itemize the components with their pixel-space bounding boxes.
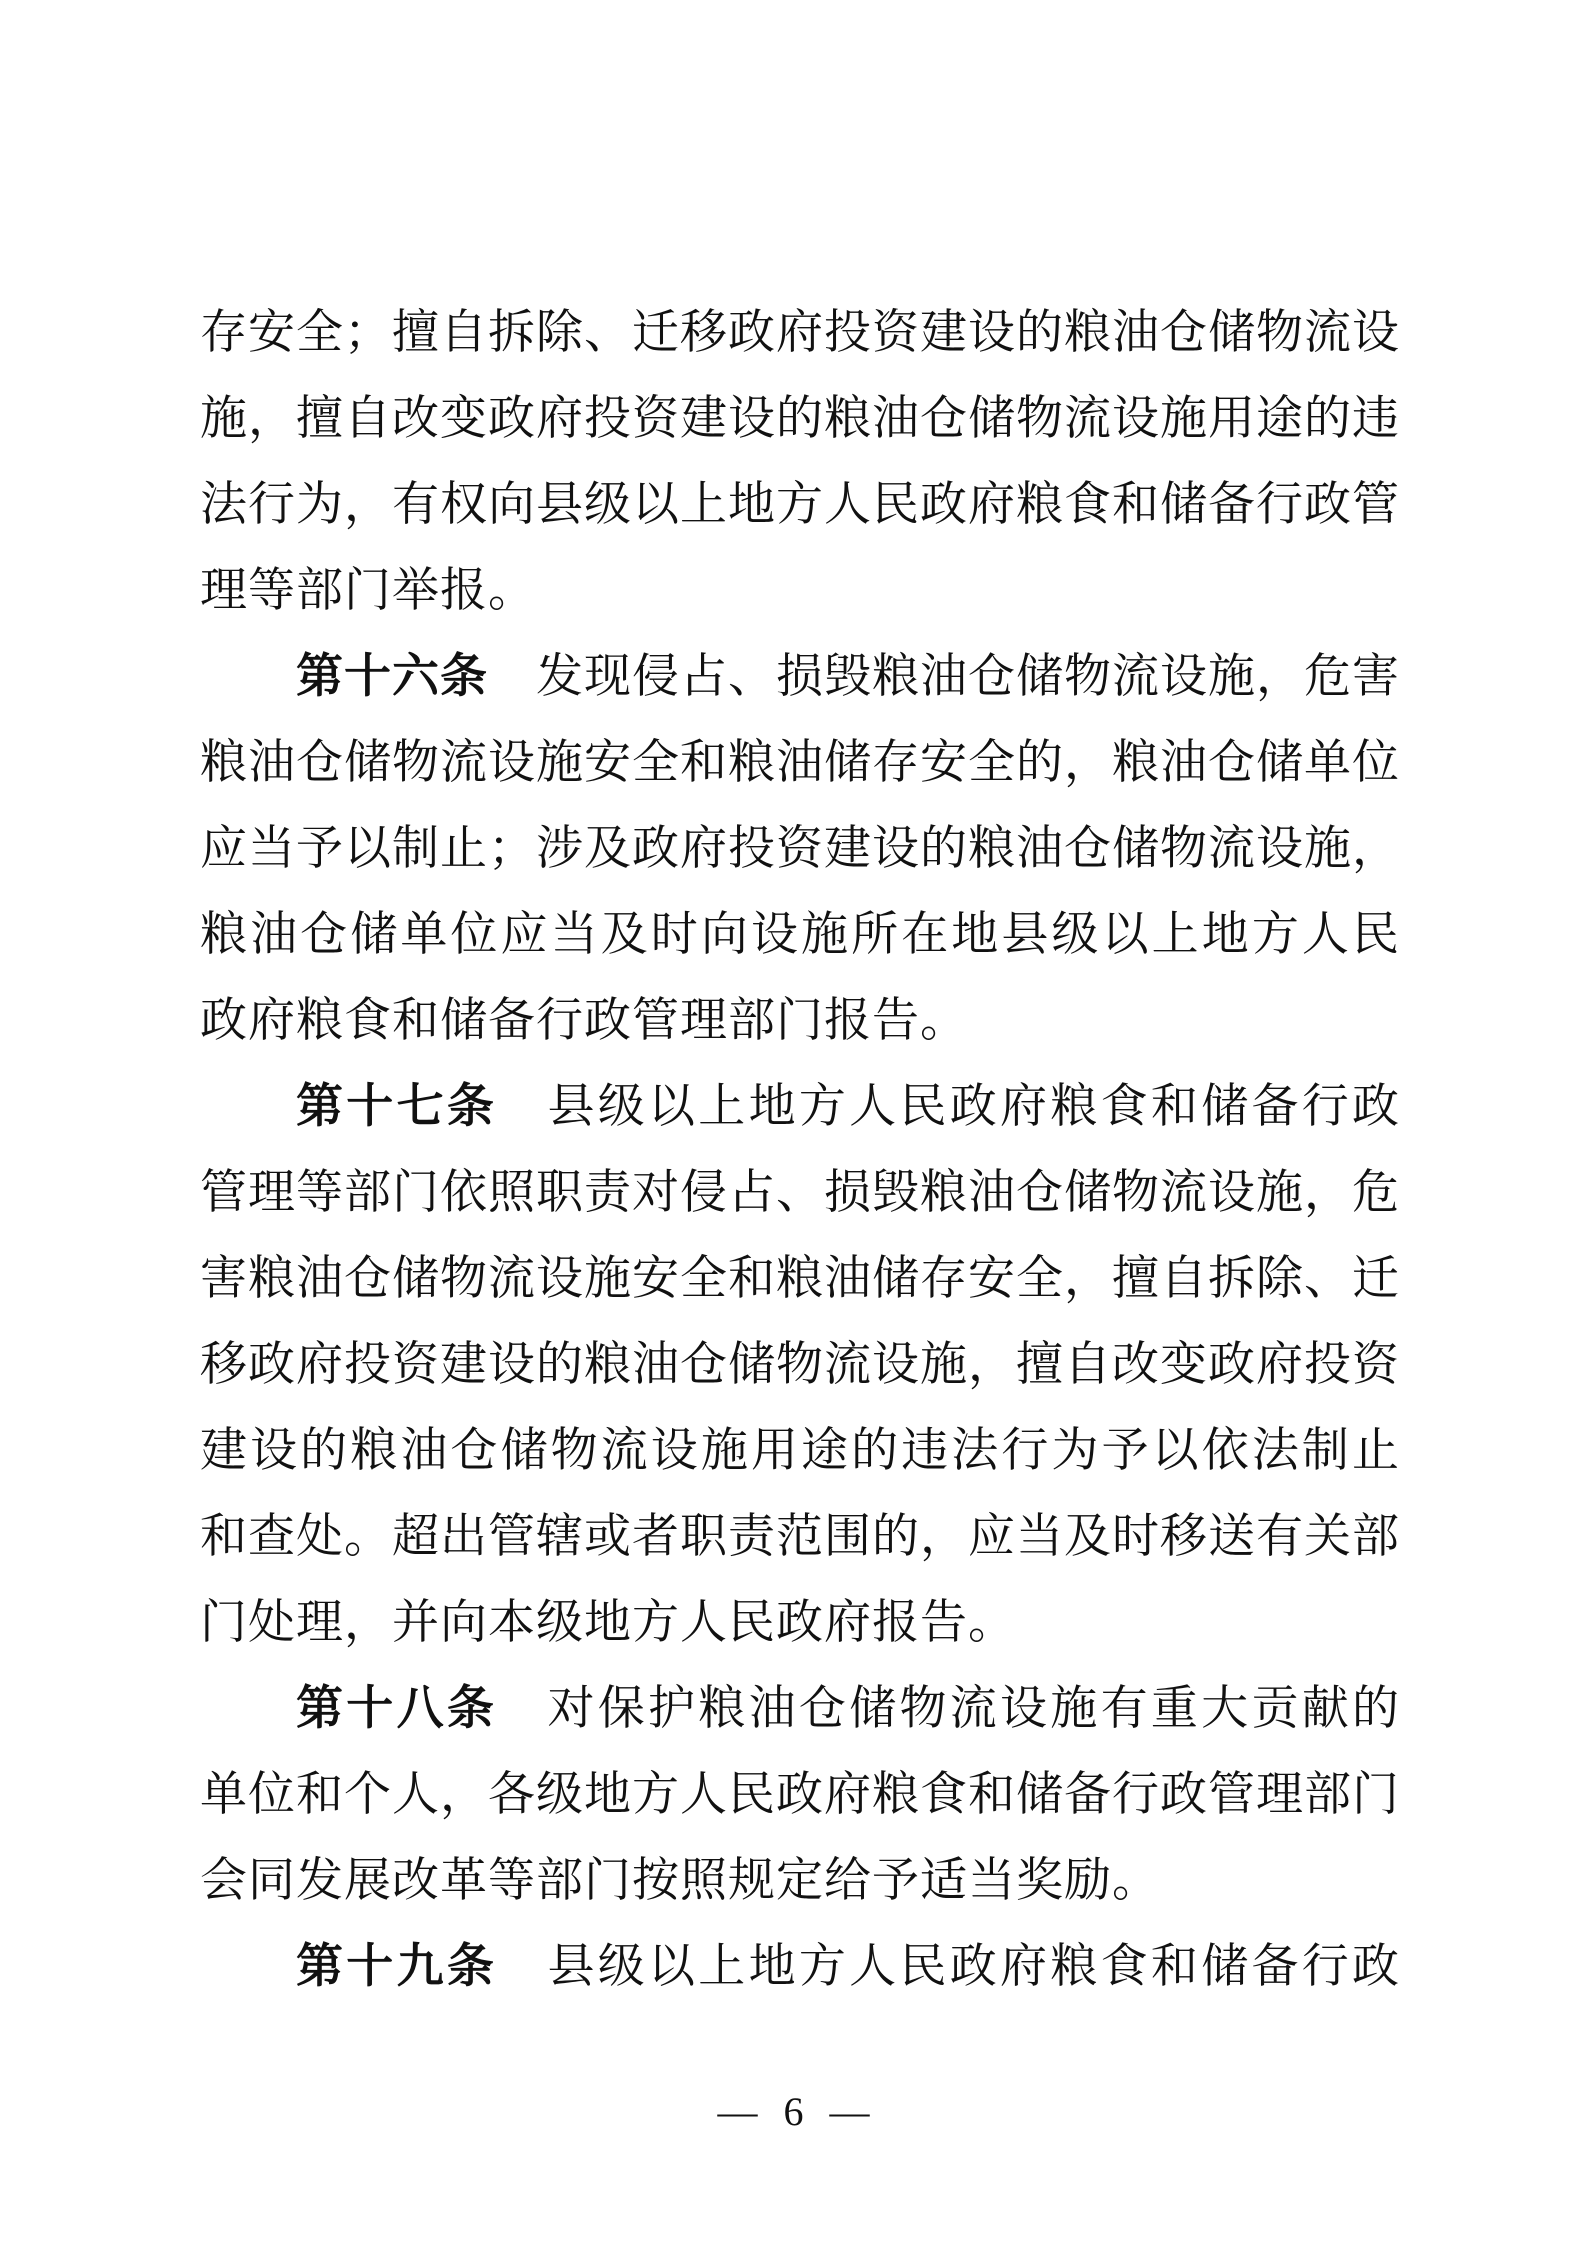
text-run: 移政府投资建设的粮油仓储物流设施，擅自改变政府投资 [200, 1339, 1400, 1391]
text-line: 粮油仓储单位应当及时向设施所在地县级以上地方人民 [200, 892, 1400, 978]
text-run: 门处理，并向本级地方人民政府报告。 [200, 1597, 1016, 1649]
text-run: 法行为，有权向县级以上地方人民政府粮食和储备行政管 [200, 479, 1400, 531]
document-body: 存安全；擅自拆除、迁移政府投资建设的粮油仓储物流设施，擅自改变政府投资建设的粮油… [200, 290, 1400, 2010]
text-run: 害粮油仓储物流设施安全和粮油储存安全，擅自拆除、迁 [200, 1253, 1400, 1305]
text-line: 存安全；擅自拆除、迁移政府投资建设的粮油仓储物流设 [200, 290, 1400, 376]
text-line: 应当予以制止；涉及政府投资建设的粮油仓储物流设施， [200, 806, 1400, 892]
text-run: 单位和个人，各级地方人民政府粮食和储备行政管理部门 [200, 1769, 1400, 1821]
text-line: 理等部门举报。 [200, 548, 1400, 634]
text-line: 第十九条 县级以上地方人民政府粮食和储备行政 [200, 1924, 1400, 2010]
text-run: 会同发展改革等部门按照规定给予适当奖励。 [200, 1855, 1160, 1907]
article-number: 第十八条 [296, 1683, 497, 1735]
text-run: 发现侵占、损毁粮油仓储物流设施，危害 [488, 651, 1400, 703]
text-line: 害粮油仓储物流设施安全和粮油储存安全，擅自拆除、迁 [200, 1236, 1400, 1322]
text-line: 会同发展改革等部门按照规定给予适当奖励。 [200, 1838, 1400, 1924]
text-run: 建设的粮油仓储物流设施用途的违法行为予以依法制止 [200, 1425, 1400, 1477]
text-line: 管理等部门依照职责对侵占、损毁粮油仓储物流设施，危 [200, 1150, 1400, 1236]
text-run: 对保护粮油仓储物流设施有重大贡献的 [497, 1683, 1400, 1735]
text-line: 第十七条 县级以上地方人民政府粮食和储备行政 [200, 1064, 1400, 1150]
text-line: 第十六条 发现侵占、损毁粮油仓储物流设施，危害 [200, 634, 1400, 720]
text-line: 和查处。超出管辖或者职责范围的，应当及时移送有关部 [200, 1494, 1400, 1580]
text-line: 粮油仓储物流设施安全和粮油储存安全的，粮油仓储单位 [200, 720, 1400, 806]
document-page: 存安全；擅自拆除、迁移政府投资建设的粮油仓储物流设施，擅自改变政府投资建设的粮油… [0, 0, 1587, 2245]
text-run: 粮油仓储物流设施安全和粮油储存安全的，粮油仓储单位 [200, 737, 1400, 789]
text-line: 施，擅自改变政府投资建设的粮油仓储物流设施用途的违 [200, 376, 1400, 462]
article-number: 第十七条 [296, 1081, 497, 1133]
text-run: 县级以上地方人民政府粮食和储备行政 [497, 1941, 1400, 1993]
page-footer: —6— [0, 2088, 1587, 2132]
text-run: 施，擅自改变政府投资建设的粮油仓储物流设施用途的违 [200, 393, 1400, 445]
text-line: 移政府投资建设的粮油仓储物流设施，擅自改变政府投资 [200, 1322, 1400, 1408]
text-line: 政府粮食和储备行政管理部门报告。 [200, 978, 1400, 1064]
page-number: 6 [784, 2092, 804, 2132]
footer-right-dash: — [830, 2092, 870, 2132]
text-run: 理等部门举报。 [200, 565, 536, 617]
article-number: 第十六条 [296, 651, 488, 703]
text-line: 门处理，并向本级地方人民政府报告。 [200, 1580, 1400, 1666]
text-line: 法行为，有权向县级以上地方人民政府粮食和储备行政管 [200, 462, 1400, 548]
text-line: 单位和个人，各级地方人民政府粮食和储备行政管理部门 [200, 1752, 1400, 1838]
text-run: 应当予以制止；涉及政府投资建设的粮油仓储物流设施， [200, 823, 1400, 875]
text-run: 县级以上地方人民政府粮食和储备行政 [497, 1081, 1400, 1133]
text-run: 和查处。超出管辖或者职责范围的，应当及时移送有关部 [200, 1511, 1400, 1563]
article-number: 第十九条 [296, 1941, 497, 1993]
text-line: 建设的粮油仓储物流设施用途的违法行为予以依法制止 [200, 1408, 1400, 1494]
text-run: 管理等部门依照职责对侵占、损毁粮油仓储物流设施，危 [200, 1167, 1400, 1219]
text-run: 存安全；擅自拆除、迁移政府投资建设的粮油仓储物流设 [200, 307, 1400, 359]
text-run: 政府粮食和储备行政管理部门报告。 [200, 995, 968, 1047]
text-run: 粮油仓储单位应当及时向设施所在地县级以上地方人民 [200, 909, 1400, 961]
footer-left-dash: — [718, 2092, 758, 2132]
text-line: 第十八条 对保护粮油仓储物流设施有重大贡献的 [200, 1666, 1400, 1752]
